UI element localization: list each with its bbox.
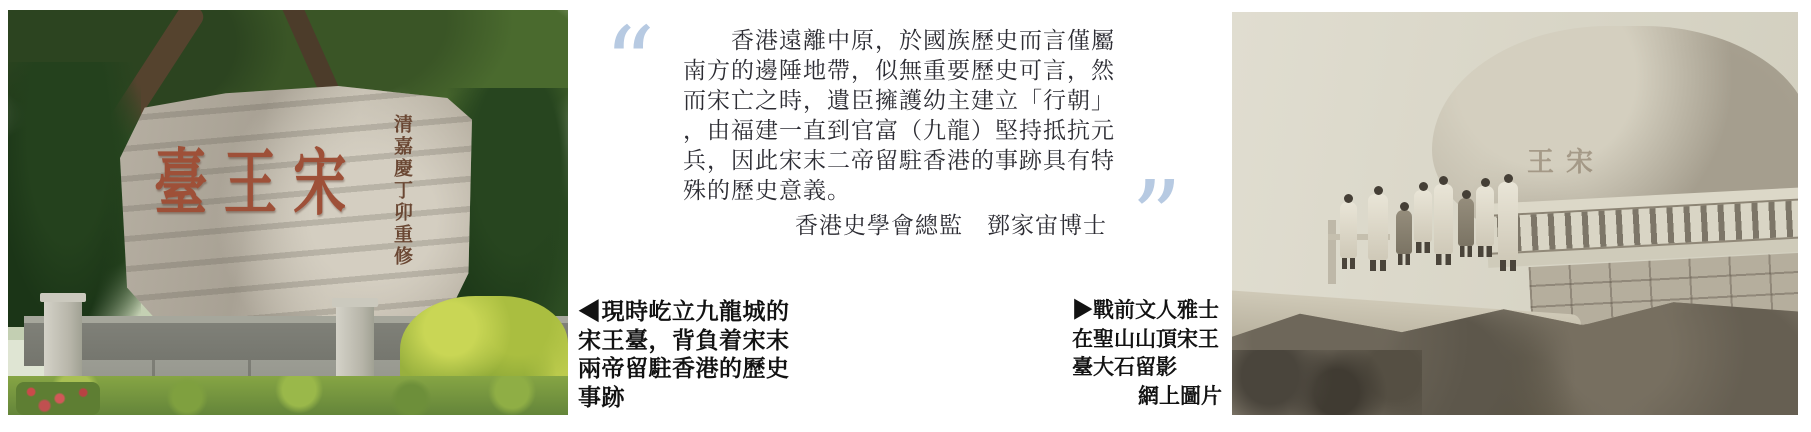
person-figure xyxy=(1414,190,1432,242)
person-figure xyxy=(1368,194,1388,260)
quote-line: 兵，因此宋末二帝留駐香港的事跡具有特 xyxy=(683,145,1115,175)
caption-line: 事跡 xyxy=(578,383,802,412)
news-clipping: 臺 王 宋 清嘉慶丁卯重修 “ 香港遠離中原，於國族歷史而言僅屬 南方的邊陲地帶… xyxy=(0,0,1811,432)
caption-line: ▶戰前文人雅士 xyxy=(1072,297,1222,326)
group-of-people xyxy=(1340,170,1540,310)
stone-char: 臺 xyxy=(154,144,207,222)
dark-grass-clumps xyxy=(1232,350,1422,415)
red-flowers xyxy=(16,382,100,415)
quote-line: 南方的邊陲地帶，似無重要歷史可言，然 xyxy=(683,55,1115,85)
person-figure xyxy=(1498,182,1518,260)
caption-line: ◀現時屹立九龍城的 xyxy=(578,297,802,326)
right-photo-prewar-rock: 王 宋 xyxy=(1232,12,1798,415)
caption-line: 兩帝留駐香港的歷史 xyxy=(578,354,802,383)
left-photo-caption: ◀現時屹立九龍城的 宋王臺，背負着宋末 兩帝留駐香港的歷史 事跡 xyxy=(578,297,802,411)
stone-char: 宋 xyxy=(293,144,346,222)
person-figure xyxy=(1476,186,1494,246)
person-figure xyxy=(1396,210,1412,254)
close-quote-icon: ” xyxy=(1131,198,1182,238)
caption-line: 臺大石留影 xyxy=(1072,354,1222,383)
stone-char: 王 xyxy=(224,144,277,222)
photo-credit: 網上圖片 xyxy=(1072,383,1222,412)
open-quote-icon: “ xyxy=(604,14,655,114)
conifer-trees-left xyxy=(8,62,141,327)
stone-side-inscription: 清嘉慶丁卯重修 xyxy=(388,114,415,284)
person-figure xyxy=(1458,198,1474,246)
person-figure xyxy=(1434,184,1453,254)
caption-line: 在聖山山頂宋王 xyxy=(1072,326,1222,355)
rock-char: 宋 xyxy=(1566,140,1593,179)
person-figure xyxy=(1340,202,1357,258)
right-photo-caption: ▶戰前文人雅士 在聖山山頂宋王 臺大石留影 網上圖片 xyxy=(1072,297,1222,411)
left-photo-sung-wong-toi-stone: 臺 王 宋 清嘉慶丁卯重修 xyxy=(8,10,568,415)
stone-inscription: 臺 王 宋 xyxy=(154,144,346,222)
quote-attribution: 香港史學會總監 鄧家宙博士 xyxy=(683,210,1115,240)
fence-post xyxy=(1328,220,1336,284)
quote-line: 殊的歷史意義。 xyxy=(683,175,1115,205)
pull-quote: 香港遠離中原，於國族歷史而言僅屬 南方的邊陲地帶，似無重要歷史可言，然 而宋亡之… xyxy=(683,25,1115,240)
quote-line: 香港遠離中原，於國族歷史而言僅屬 xyxy=(683,25,1115,55)
quote-line: ，由福建一直到官富（九龍）堅持抵抗元 xyxy=(683,115,1115,145)
caption-line: 宋王臺，背負着宋末 xyxy=(578,326,802,355)
quote-line: 而宋亡之時，遺臣擁護幼主建立「行朝」 xyxy=(683,85,1115,115)
